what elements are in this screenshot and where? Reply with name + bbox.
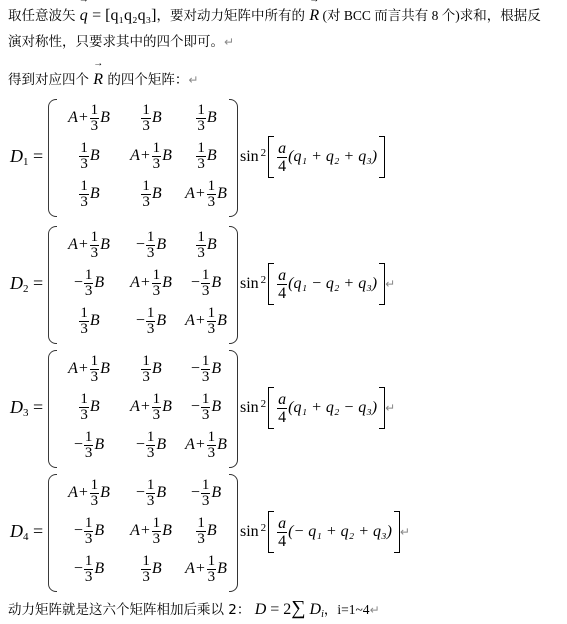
matrix: A+13B13B−13B13BA+13B−13B−13B−13BA+13B	[48, 346, 238, 470]
fraction: 13	[146, 306, 156, 337]
intro-text-2: 演对称性，只要求其中的四个即可。	[8, 34, 224, 50]
fraction: 13	[196, 516, 206, 547]
left-bracket-icon	[268, 136, 274, 178]
intro-text: 取任意波矢	[8, 8, 80, 24]
matrix-cell: A+13B	[56, 350, 122, 388]
vector-arrow-icon: →	[309, 0, 319, 5]
q-vector: →q	[80, 6, 88, 26]
fraction: 13	[196, 103, 206, 134]
sin-factor: sin2a4(q₁ − q₂ + q₃)↵	[240, 263, 395, 305]
fraction: 13	[141, 354, 151, 385]
paragraph-mark-icon: ↵	[224, 35, 234, 49]
matrix-cell: A+13B	[56, 474, 122, 512]
fraction: 13	[90, 103, 100, 134]
matrix-cell: 13B	[122, 175, 180, 213]
intro-text-suffix: (对 BCC 而言共有 8 个)求和，根据反	[319, 8, 541, 23]
fraction: 13	[90, 354, 100, 385]
matrix: A+13B−13B13B−13BA+13B−13B13B−13BA+13B	[48, 222, 238, 346]
matrix: A+13B13B13B13BA+13B13B13B13BA+13B	[48, 95, 238, 219]
fraction: 13	[207, 306, 217, 337]
sum-icon: ∑	[291, 597, 305, 619]
subheading-text: 得到对应四个	[8, 72, 93, 88]
sin-factor: sin2a4(− q₁ + q₂ + q₃)↵	[240, 511, 410, 553]
intro-text-mid: ，要对动力矩阵中所有的	[157, 8, 310, 24]
matrix-cell: 13B	[180, 99, 232, 137]
matrix-cell: 13B	[56, 302, 122, 340]
fraction: 13	[152, 392, 162, 423]
conclusion: 动力矩阵就是这六个矩阵相加后乘以 2： D = 2∑ Di，i=1~4↵	[8, 598, 380, 624]
intro-line-2: 演对称性，只要求其中的四个即可。↵	[8, 32, 234, 52]
fraction: 13	[152, 516, 162, 547]
matrix-cell: A+13B	[122, 264, 180, 302]
vector-arrow-icon: →	[93, 59, 103, 69]
matrix-cell: −13B	[180, 264, 232, 302]
equation-D2: D2 =A+13B−13B13B−13BA+13B−13B13B−13BA+13…	[8, 222, 567, 346]
fraction: 13	[146, 430, 156, 461]
matrix: A+13B−13B−13B−13BA+13B13B−13B13BA+13B	[48, 470, 238, 594]
right-paren-icon	[229, 474, 238, 592]
fraction: 13	[141, 179, 151, 210]
subheading-suffix: 的四个矩阵：	[103, 72, 188, 88]
fraction: 13	[152, 141, 162, 172]
matrix-cell: −13B	[122, 302, 180, 340]
paragraph-mark-icon: ↵	[400, 525, 410, 539]
equation-lhs: D2 =	[10, 273, 43, 295]
equation-D1: D1 =A+13B13B13B13BA+13B13B13B13BA+13Bsin…	[8, 95, 567, 219]
fraction: 13	[79, 141, 89, 172]
matrix-cell: −13B	[56, 264, 122, 302]
matrix-cell: −13B	[122, 426, 180, 464]
matrix-cell: −13B	[180, 474, 232, 512]
sin-factor: sin2a4(q₁ + q₂ + q₃)	[240, 136, 385, 178]
fraction: 13	[201, 354, 211, 385]
fraction: 13	[146, 478, 156, 509]
conclusion-text: 动力矩阵就是这六个矩阵相加后乘以 2：	[8, 602, 250, 618]
fraction: 13	[152, 268, 162, 299]
matrix-cell: A+13B	[122, 512, 180, 550]
matrix-cell: −13B	[122, 474, 180, 512]
fraction: 13	[207, 554, 217, 585]
matrix-cell: A+13B	[180, 426, 232, 464]
equation-lhs: D4 =	[10, 521, 43, 543]
fraction: 13	[84, 554, 94, 585]
fraction: 13	[207, 430, 217, 461]
matrix-cell: −13B	[56, 512, 122, 550]
matrix-cell: A+13B	[122, 137, 180, 175]
left-bracket-icon	[268, 387, 274, 429]
left-bracket-icon	[268, 263, 274, 305]
fraction: 13	[84, 516, 94, 547]
matrix-cell: −13B	[180, 350, 232, 388]
fraction: 13	[201, 478, 211, 509]
equation-D4: D4 =A+13B−13B−13B−13BA+13B13B−13B13BA+13…	[8, 470, 567, 594]
matrix-cell: A+13B	[56, 99, 122, 137]
fraction: 13	[207, 179, 217, 210]
subheading: 得到对应四个 →R 的四个矩阵：↵	[8, 70, 198, 90]
paragraph-mark-icon: ↵	[385, 277, 395, 291]
fraction: 13	[84, 430, 94, 461]
matrix-cell: 13B	[56, 137, 122, 175]
intro-line-1: 取任意波矢 →q = [q₁q₂q₃]，要对动力矩阵中所有的 →R (对 BCC…	[8, 6, 541, 26]
fraction: 13	[79, 392, 89, 423]
matrix-cell: 13B	[56, 388, 122, 426]
matrix-cell: 13B	[180, 137, 232, 175]
fraction: 13	[196, 230, 206, 261]
fraction: 13	[201, 268, 211, 299]
fraction: 13	[146, 230, 156, 261]
equation-lhs: D3 =	[10, 397, 43, 419]
fraction: 13	[90, 478, 100, 509]
matrix-cell: 13B	[180, 226, 232, 264]
matrix-cell: 13B	[122, 99, 180, 137]
right-paren-icon	[229, 226, 238, 344]
matrix-cell: 13B	[56, 175, 122, 213]
fraction: 13	[196, 141, 206, 172]
matrix-cell: 13B	[122, 350, 180, 388]
matrix-cell: A+13B	[180, 302, 232, 340]
vector-arrow-icon: →	[79, 0, 89, 5]
R-vector: →R	[309, 6, 319, 26]
fraction: 13	[141, 103, 151, 134]
sin-factor: sin2a4(q₁ + q₂ − q₃)↵	[240, 387, 395, 429]
matrix-cell: −13B	[56, 550, 122, 588]
paragraph-mark-icon: ↵	[370, 603, 380, 617]
matrix-cell: A+13B	[180, 175, 232, 213]
fraction: 13	[79, 179, 89, 210]
matrix-cell: 13B	[122, 550, 180, 588]
equation-D3: D3 =A+13B13B−13B13BA+13B−13B−13B−13BA+13…	[8, 346, 567, 470]
fraction: 13	[79, 306, 89, 337]
conclusion-formula: D = 2∑ Di	[255, 601, 324, 618]
right-paren-icon	[229, 99, 238, 217]
paragraph-mark-icon: ↵	[188, 73, 198, 87]
matrix-cell: −13B	[122, 226, 180, 264]
matrix-cell: 13B	[180, 512, 232, 550]
left-bracket-icon	[268, 511, 274, 553]
fraction: 13	[90, 230, 100, 261]
matrix-cell: −13B	[180, 388, 232, 426]
fraction: 13	[201, 392, 211, 423]
paragraph-mark-icon: ↵	[385, 401, 395, 415]
matrix-cell: A+13B	[180, 550, 232, 588]
R-vector: →R	[93, 70, 103, 90]
equation-lhs: D1 =	[10, 146, 43, 168]
matrix-cell: A+13B	[56, 226, 122, 264]
q-definition: = [q₁q₂q₃]	[92, 7, 156, 24]
fraction: 13	[84, 268, 94, 299]
right-bracket-icon	[379, 136, 385, 178]
matrix-cell: −13B	[56, 426, 122, 464]
fraction: 13	[141, 554, 151, 585]
index-range: ，i=1~4	[324, 602, 370, 617]
right-paren-icon	[229, 350, 238, 468]
matrix-cell: A+13B	[122, 388, 180, 426]
